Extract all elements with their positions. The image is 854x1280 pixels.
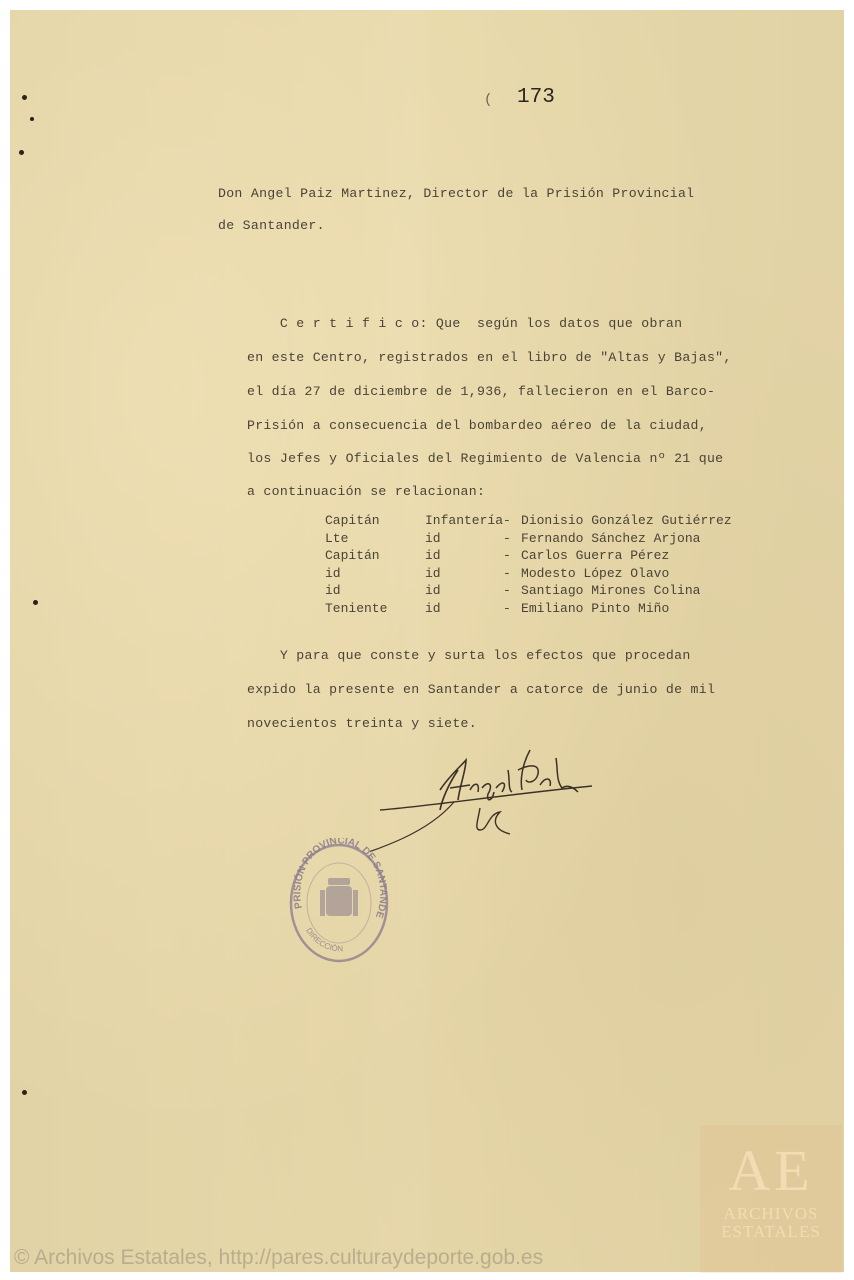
dash: - (503, 530, 521, 548)
body-line: en este Centro, registrados en el libro … (247, 350, 732, 365)
list-row: Teniente id - Emiliano Pinto Miño (325, 600, 732, 618)
person-name: Fernando Sánchez Arjona (521, 530, 732, 548)
list-row: id id - Santiago Mirones Colina (325, 582, 732, 600)
signature (370, 730, 610, 880)
coat-of-arms-icon (320, 878, 358, 916)
header-line: de Santander. (218, 218, 325, 233)
list-row: Capitán id - Carlos Guerra Pérez (325, 547, 732, 565)
arm: id (425, 600, 503, 618)
page-mark: ( (484, 92, 492, 108)
list-row: Capitán Infantería - Dionisio González G… (325, 512, 732, 530)
dash: - (503, 547, 521, 565)
punch-hole-mark (22, 95, 27, 100)
body-line: C e r t i f i c o: Que según los datos q… (247, 316, 682, 331)
list-row: Lte id - Fernando Sánchez Arjona (325, 530, 732, 548)
body-line: a continuación se relacionan: (247, 484, 485, 499)
person-name: Modesto López Olavo (521, 565, 732, 583)
logo-letters: AE (700, 1137, 842, 1205)
arm: Infantería (425, 512, 503, 530)
closing-line: Y para que conste y surta los efectos qu… (247, 648, 691, 663)
body-line: Prisión a consecuencia del bombardeo aér… (247, 418, 707, 433)
rank: Lte (325, 530, 425, 548)
page-number: 173 (517, 86, 555, 109)
body-line: los Jefes y Oficiales del Regimiento de … (247, 451, 723, 466)
rank: Capitán (325, 547, 425, 565)
punch-hole-mark (33, 600, 38, 605)
person-name: Santiago Mirones Colina (521, 582, 732, 600)
punch-hole-mark (19, 150, 24, 155)
body-line: el día 27 de diciembre de 1,936, falleci… (247, 384, 715, 399)
person-name: Carlos Guerra Pérez (521, 547, 732, 565)
dash: - (503, 600, 521, 618)
dash: - (503, 582, 521, 600)
arm: id (425, 530, 503, 548)
dash: - (503, 565, 521, 583)
rank: id (325, 582, 425, 600)
person-name: Dionisio González Gutiérrez (521, 512, 732, 530)
rank: Capitán (325, 512, 425, 530)
rank: Teniente (325, 600, 425, 618)
logo-line1: ARCHIVOS (700, 1205, 842, 1223)
closing-line: expido la presente en Santander a catorc… (247, 682, 715, 697)
closing-line: novecientos treinta y siete. (247, 716, 477, 731)
archivos-estatales-logo: AE ARCHIVOS ESTATALES (700, 1125, 842, 1273)
rank: id (325, 565, 425, 583)
copyright-watermark: © Archivos Estatales, http://pares.cultu… (14, 1246, 543, 1270)
arm: id (425, 582, 503, 600)
person-name: Emiliano Pinto Miño (521, 600, 732, 618)
prison-stamp: PRISIÓN PROVINCIAL DE SANTANDER DIRECCIÓ… (284, 838, 394, 968)
arm: id (425, 547, 503, 565)
header-line: Don Angel Paiz Martinez, Director de la … (218, 186, 694, 201)
logo-line2: ESTATALES (700, 1223, 842, 1241)
dash: - (503, 512, 521, 530)
casualty-list: Capitán Infantería - Dionisio González G… (325, 512, 732, 617)
list-row: id id - Modesto López Olavo (325, 565, 732, 583)
punch-hole-mark (22, 1090, 27, 1095)
arm: id (425, 565, 503, 583)
punch-hole-mark (30, 117, 34, 121)
